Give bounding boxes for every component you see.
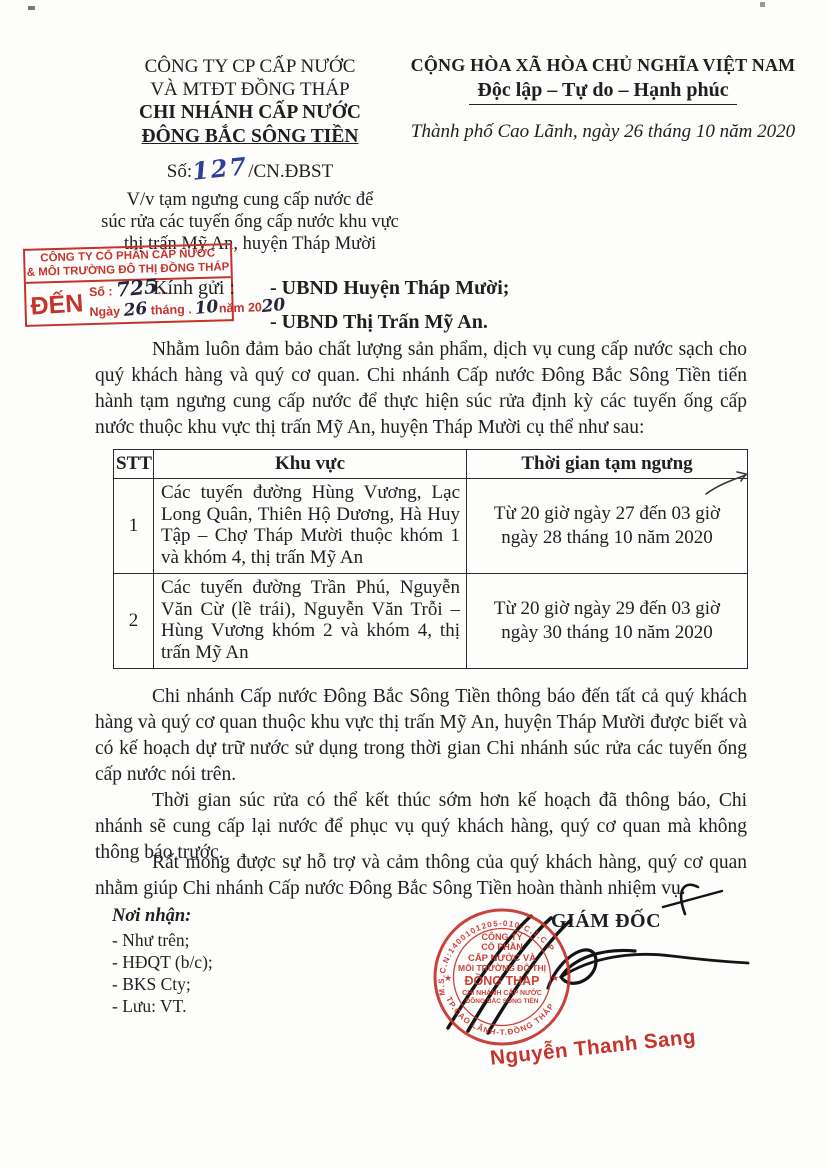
noi-nhan-item: - Như trên; <box>112 929 213 951</box>
noi-nhan-block: Nơi nhận: - Như trên; - HĐQT (b/c); - BK… <box>112 905 213 1017</box>
letterhead-left: CÔNG TY CP CẤP NƯỚC VÀ MTĐT ĐỒNG THÁP CH… <box>98 55 402 255</box>
received-stamp-den-label: ĐẾN <box>25 285 86 322</box>
ref-suffix: /CN.ĐBST <box>248 161 333 182</box>
org-name-line2: VÀ MTĐT ĐỒNG THÁP <box>98 78 402 101</box>
stamp-star-right: ★ <box>551 973 559 983</box>
thang-label: tháng . <box>151 302 192 317</box>
row2-stt: 2 <box>114 574 154 669</box>
row1-time-line2: ngày 28 tháng 10 năm 2020 <box>475 526 739 550</box>
row1-khu-vuc: Các tuyến đường Hùng Vương, Lạc Long Quâ… <box>154 479 467 574</box>
stamp-center-line6: CHI NHÁNH CẤP NƯỚC <box>462 987 542 997</box>
row1-stt: 1 <box>114 479 154 574</box>
noi-nhan-item: - Lưu: VT. <box>112 995 213 1017</box>
header-khu-vuc: Khu vực <box>154 450 467 479</box>
scan-speck <box>760 2 765 7</box>
table-header-row: STT Khu vực Thời gian tạm ngưng <box>114 450 748 479</box>
row1-time-line1: Từ 20 giờ ngày 27 đến 03 giờ <box>475 502 739 526</box>
table-row: 2 Các tuyến đường Trần Phú, Nguyễn Văn C… <box>114 574 748 669</box>
ngay-value-handwritten: 26 <box>123 304 148 316</box>
subject-line1: V/v tạm ngưng cung cấp nước để <box>98 189 402 211</box>
ref-prefix: Số: <box>167 161 192 182</box>
org-name-line1: CÔNG TY CP CẤP NƯỚC <box>98 55 402 78</box>
thang-value-handwritten: 10 <box>195 302 220 314</box>
paragraph-notice: Chi nhánh Cấp nước Đông Bắc Sông Tiền th… <box>95 684 747 788</box>
table-row: 1 Các tuyến đường Hùng Vương, Lạc Long Q… <box>114 479 748 574</box>
scan-speck <box>28 6 35 10</box>
header-stt: STT <box>114 450 154 479</box>
branch-name-line2: ĐÔNG BẮC SÔNG TIỀN <box>98 125 402 149</box>
place-date-line: Thành phố Cao Lãnh, ngày 26 tháng 10 năm… <box>403 121 803 143</box>
letterhead-right: CỘNG HÒA XÃ HÒA CHỦ NGHĨA VIỆT NAM Độc l… <box>403 55 803 143</box>
national-motto-line2: Độc lập – Tự do – Hạnh phúc <box>469 79 736 105</box>
recipient-1: - UBND Huyện Tháp Mười; <box>270 277 509 300</box>
row2-time-line2: ngày 30 tháng 10 năm 2020 <box>475 621 739 645</box>
row2-khu-vuc: Các tuyến đường Trần Phú, Nguyễn Văn Cừ … <box>154 574 467 669</box>
so-label: Số : <box>89 284 113 299</box>
recipients-label: Kính gửi : <box>153 277 263 300</box>
noi-nhan-item: - BKS Cty; <box>112 973 213 995</box>
subject-line2: súc rửa các tuyến ống cấp nước khu vực <box>98 211 402 233</box>
stamp-center-line1: CÔNG TY <box>481 931 522 942</box>
ref-number-handwritten: 127 <box>191 151 250 186</box>
paragraph-intro: Nhằm luôn đảm bảo chất lượng sản phẩm, d… <box>95 337 747 441</box>
stamp-center-line5: ĐỒNG THÁP <box>465 973 540 988</box>
national-motto-line1: CỘNG HÒA XÃ HÒA CHỦ NGHĨA VIỆT NAM <box>403 55 803 76</box>
stamp-center-line2: CỔ PHẦN <box>481 941 523 952</box>
schedule-table: STT Khu vực Thời gian tạm ngưng 1 Các tu… <box>113 449 748 669</box>
stamp-center-line4: MÔI TRƯỜNG ĐÔ THỊ <box>458 962 546 973</box>
reference-number-line: Số:127/CN.ĐBST <box>98 154 402 183</box>
pen-checkmark <box>700 468 754 502</box>
row2-time-line1: Từ 20 giờ ngày 29 đến 03 giờ <box>475 597 739 621</box>
noi-nhan-item: - HĐQT (b/c); <box>112 951 213 973</box>
stamp-star-left: ★ <box>444 973 452 983</box>
nam-label: năm 20 <box>219 300 262 315</box>
branch-name-line1: CHI NHÁNH CẤP NƯỚC <box>98 101 402 125</box>
recipient-2: - UBND Thị Trấn Mỹ An. <box>270 311 488 334</box>
so-value-handwritten: 725 <box>116 281 159 295</box>
noi-nhan-label: Nơi nhận: <box>112 905 213 927</box>
row2-thoi-gian: Từ 20 giờ ngày 29 đến 03 giờ ngày 30 thá… <box>467 574 748 669</box>
ngay-label: Ngày <box>89 304 120 319</box>
scanned-official-letter: { "letterhead": { "org_line1": "CÔNG TY … <box>0 0 826 1169</box>
round-company-stamp: M.S.C.N:1400101205-010-C.T.C.P TP.CAO LÃ… <box>421 896 583 1058</box>
